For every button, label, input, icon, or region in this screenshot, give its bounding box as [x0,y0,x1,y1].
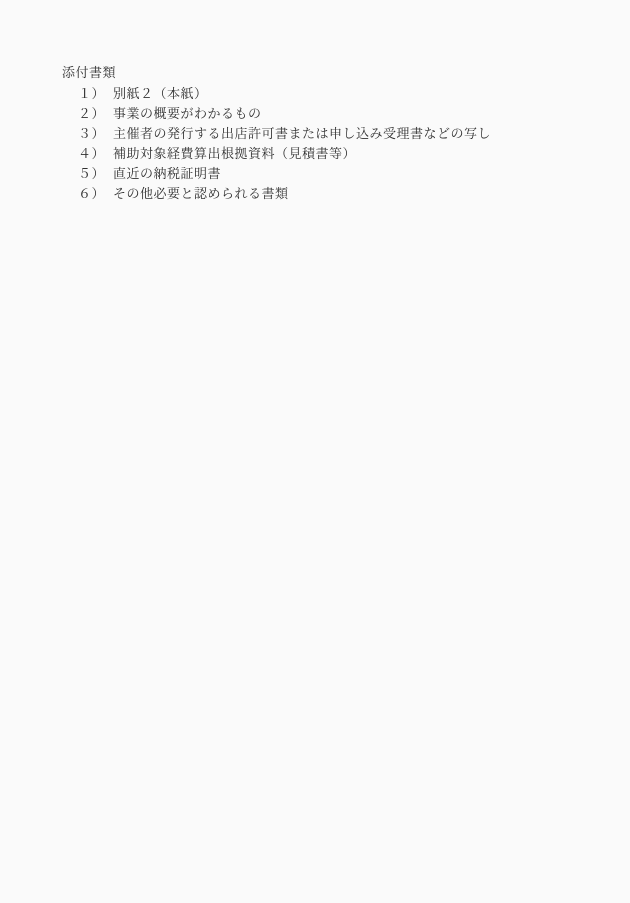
list-item-number: １） [78,84,105,104]
document-page: 添付書類 １） 別紙２（本紙） ２） 事業の概要がわかるもの ３） 主催者の発行… [0,0,630,903]
list-item: ４） 補助対象経費算出根拠資料（見積書等） [78,144,491,164]
list-item: ３） 主催者の発行する出店許可書または申し込み受理書などの写し [78,124,491,144]
list-item-text: その他必要と認められる書類 [113,184,289,204]
list-item-text: 補助対象経費算出根拠資料（見積書等） [113,144,356,164]
list-item: ５） 直近の納税証明書 [78,164,491,184]
list-item-text: 別紙２（本紙） [113,84,208,104]
list-item-text: 事業の概要がわかるもの [113,104,262,124]
list-item-number: ５） [78,164,105,184]
list-item-text: 直近の納税証明書 [113,164,221,184]
list-item-text: 主催者の発行する出店許可書または申し込み受理書などの写し [113,124,491,144]
attached-documents-list: １） 別紙２（本紙） ２） 事業の概要がわかるもの ３） 主催者の発行する出店許… [78,84,491,204]
list-item-number: ６） [78,184,105,204]
list-item-number: ４） [78,144,105,164]
list-item-number: ３） [78,124,105,144]
attached-documents-heading: 添付書類 [62,64,116,81]
list-item: ６） その他必要と認められる書類 [78,184,491,204]
list-item: １） 別紙２（本紙） [78,84,491,104]
list-item: ２） 事業の概要がわかるもの [78,104,491,124]
list-item-number: ２） [78,104,105,124]
